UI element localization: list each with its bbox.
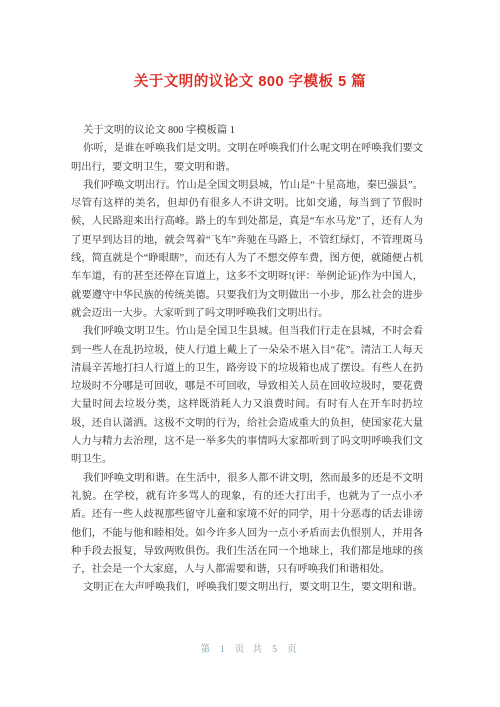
pagination-prefix: 第 xyxy=(201,641,214,655)
paragraph: 我们呼唤文明和谐。在生活中，很多人都不讲文明，然而最多的还是不文明礼貌。在学校，… xyxy=(71,470,423,580)
paragraph: 我们呼唤文明卫生。竹山是全国卫生县城。但当我们行走在县城，不时会看到一些人在乱扔… xyxy=(71,323,423,469)
paragraph: 文明正在大声呼唤我们，呼唤我们要文明出行，要文明卫生，要文明和谐。 xyxy=(71,579,423,597)
pagination: 第1页 共5页 xyxy=(0,641,500,655)
section-heading: 关于文明的议论文 800 字模板篇 1 xyxy=(71,122,423,140)
pagination-middle: 页 共 xyxy=(235,641,265,655)
paragraph: 我们呼唤文明出行。竹山是全国文明县城，竹山是“十星高地，秦巴强县”。尽管有这样的… xyxy=(71,177,423,323)
paragraph: 你听，是谁在呼唤我们是文明。文明在呼唤我们什么呢文明在呼唤我们要文明出行，要文明… xyxy=(71,140,423,177)
pagination-current-page: 1 xyxy=(220,645,228,655)
pagination-total-pages: 5 xyxy=(272,645,280,655)
page-title: 关于文明的议论文 800 字模板 5 篇 xyxy=(0,0,500,91)
document-body: 关于文明的议论文 800 字模板篇 1 你听，是谁在呼唤我们是文明。文明在呼唤我… xyxy=(71,122,423,598)
pagination-suffix: 页 xyxy=(287,641,300,655)
document-page: 关于文明的议论文 800 字模板 5 篇 关于文明的议论文 800 字模板篇 1… xyxy=(0,0,500,707)
